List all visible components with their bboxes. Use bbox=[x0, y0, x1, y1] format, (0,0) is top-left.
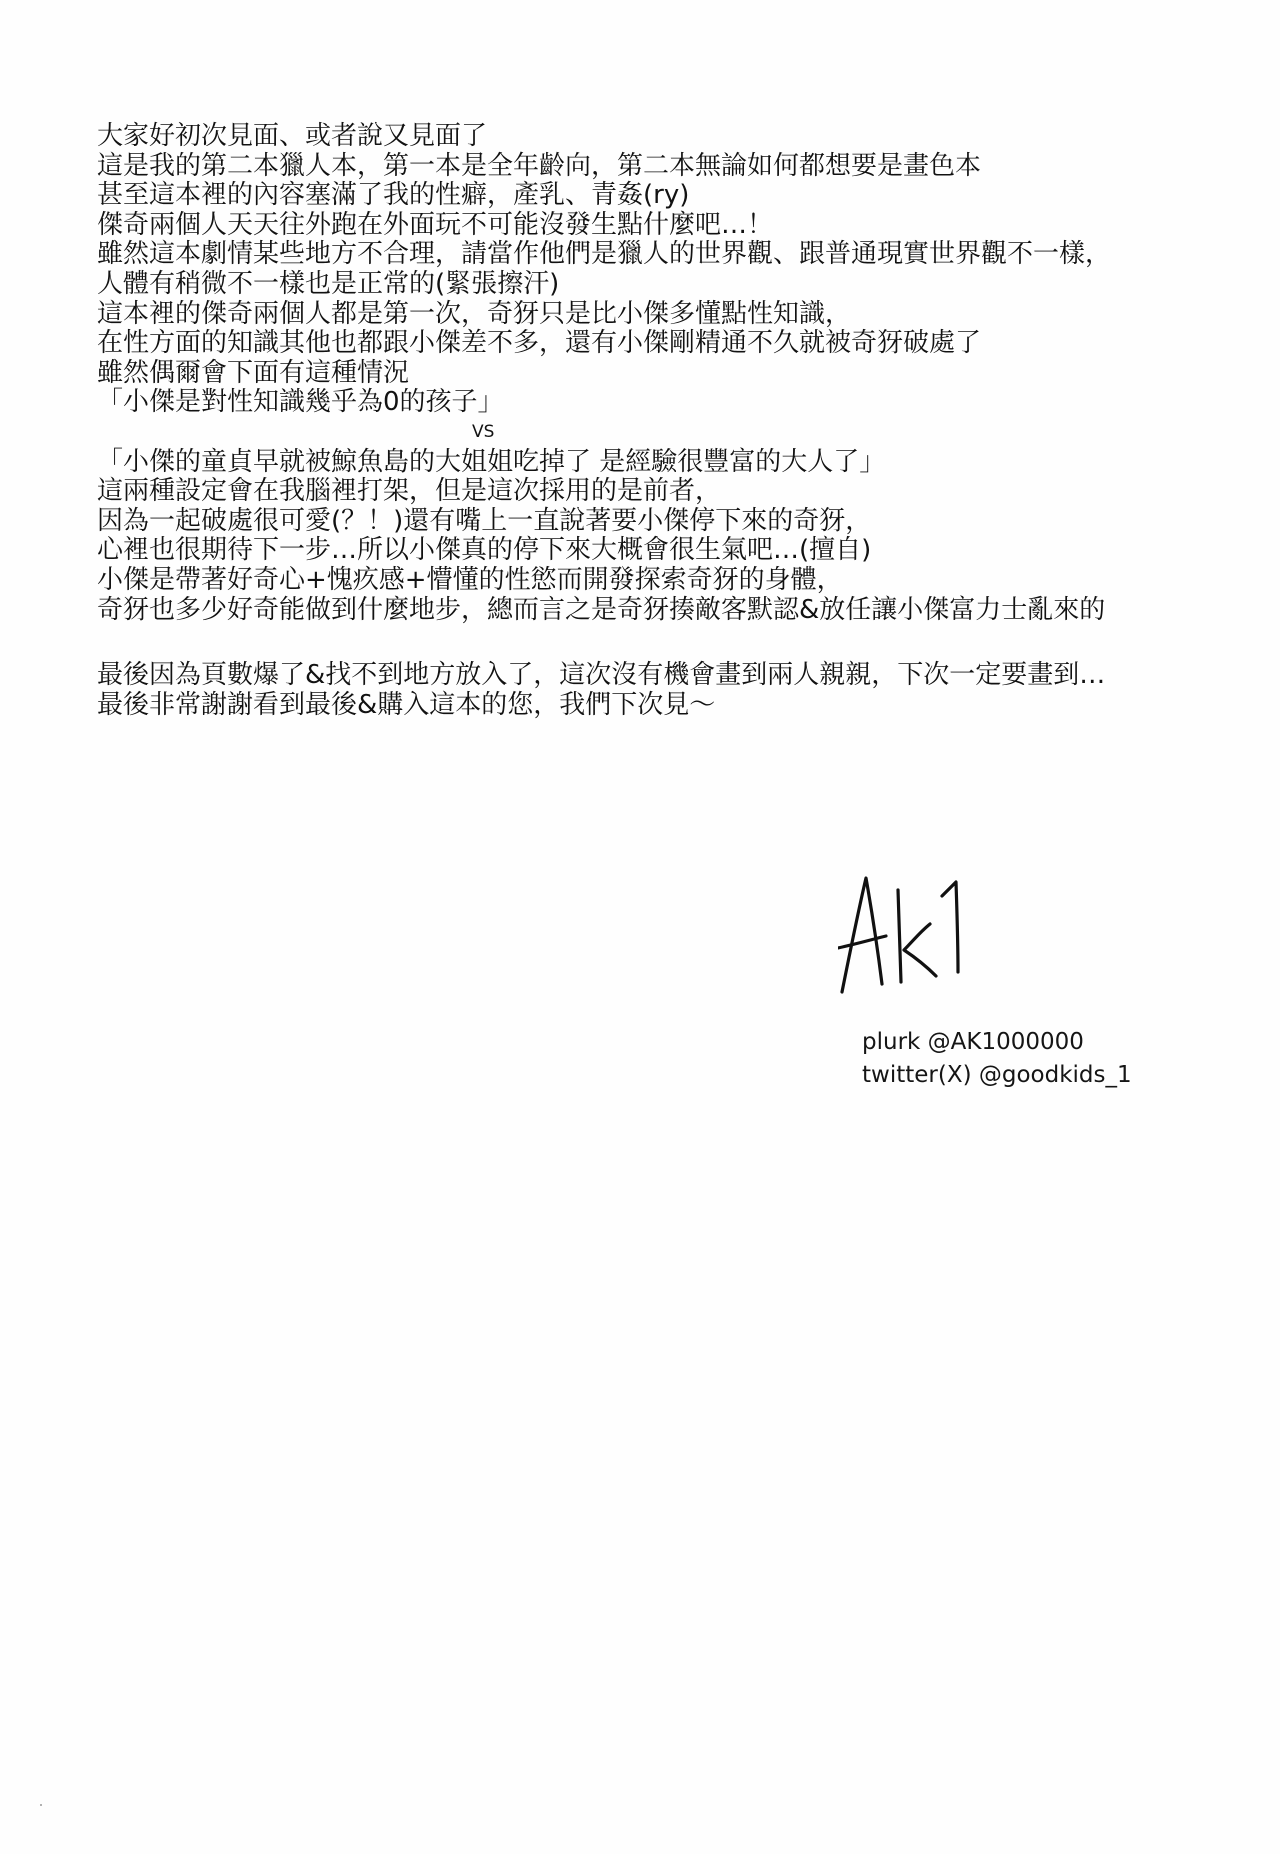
quote-line: 「小傑的童貞早就被鯨魚島的大姐姐吃掉了 是經驗很豐富的大人了」 bbox=[97, 448, 1217, 478]
afterword-page: 大家好初次見面、或者說又見面了 這是我的第二本獵人本，第一本是全年齡向，第二本無… bbox=[0, 0, 1280, 1854]
text-line: 雖然偶爾會下面有這種情況 bbox=[97, 359, 1217, 389]
text-line: 因為一起破處很可愛(？！)還有嘴上一直說著要小傑停下來的奇犽， bbox=[97, 507, 1217, 537]
text-line: 小傑是帶著好奇心+愧疚感+懵懂的性慾而開發探索奇犽的身體， bbox=[97, 566, 1217, 596]
text-line: 傑奇兩個人天天往外跑在外面玩不可能沒發生點什麼吧…！ bbox=[97, 211, 1217, 241]
text-line: 人體有稍微不一樣也是正常的(緊張擦汗) bbox=[97, 270, 1217, 300]
text-line: 最後非常謝謝看到最後&購入這本的您，我們下次見～ bbox=[97, 691, 1217, 721]
text-line: 這是我的第二本獵人本，第一本是全年齡向，第二本無論如何都想要是畫色本 bbox=[97, 152, 1217, 182]
text-line: 這本裡的傑奇兩個人都是第一次，奇犽只是比小傑多懂點性知識， bbox=[97, 300, 1217, 330]
text-line: 在性方面的知識其他也都跟小傑差不多，還有小傑剛精通不久就被奇犽破處了 bbox=[97, 329, 1217, 359]
paragraph-spacer bbox=[97, 625, 1217, 661]
text-line: 心裡也很期待下一步…所以小傑真的停下來大概會很生氣吧…(擅自) bbox=[97, 536, 1217, 566]
text-line: 甚至這本裡的內容塞滿了我的性癖，產乳、青姦(ry) bbox=[97, 181, 1217, 211]
afterword-text-block: 大家好初次見面、或者說又見面了 這是我的第二本獵人本，第一本是全年齡向，第二本無… bbox=[97, 122, 1217, 720]
text-line: 雖然這本劇情某些地方不合理，請當作他們是獵人的世界觀、跟普通現實世界觀不一樣， bbox=[97, 240, 1217, 270]
signature-ak1-icon bbox=[838, 872, 968, 997]
vs-label: VS bbox=[97, 418, 1217, 448]
scan-speck bbox=[40, 1804, 42, 1806]
text-line: 最後因為頁數爆了&找不到地方放入了，這次沒有機會畫到兩人親親，下次一定要畫到… bbox=[97, 661, 1217, 691]
contact-info: plurk @AK1000000 twitter(X) @goodkids_1 bbox=[862, 1026, 1132, 1092]
twitter-handle: twitter(X) @goodkids_1 bbox=[862, 1059, 1132, 1092]
text-line: 奇犽也多少好奇能做到什麼地步，總而言之是奇犽揍敵客默認&放任讓小傑富力士亂來的 bbox=[97, 596, 1217, 626]
text-line: 大家好初次見面、或者說又見面了 bbox=[97, 122, 1217, 152]
quote-line: 「小傑是對性知識幾乎為0的孩子」 bbox=[97, 388, 1217, 418]
text-line: 這兩種設定會在我腦裡打架，但是這次採用的是前者， bbox=[97, 477, 1217, 507]
plurk-handle: plurk @AK1000000 bbox=[862, 1026, 1132, 1059]
handwritten-signature bbox=[838, 872, 968, 997]
